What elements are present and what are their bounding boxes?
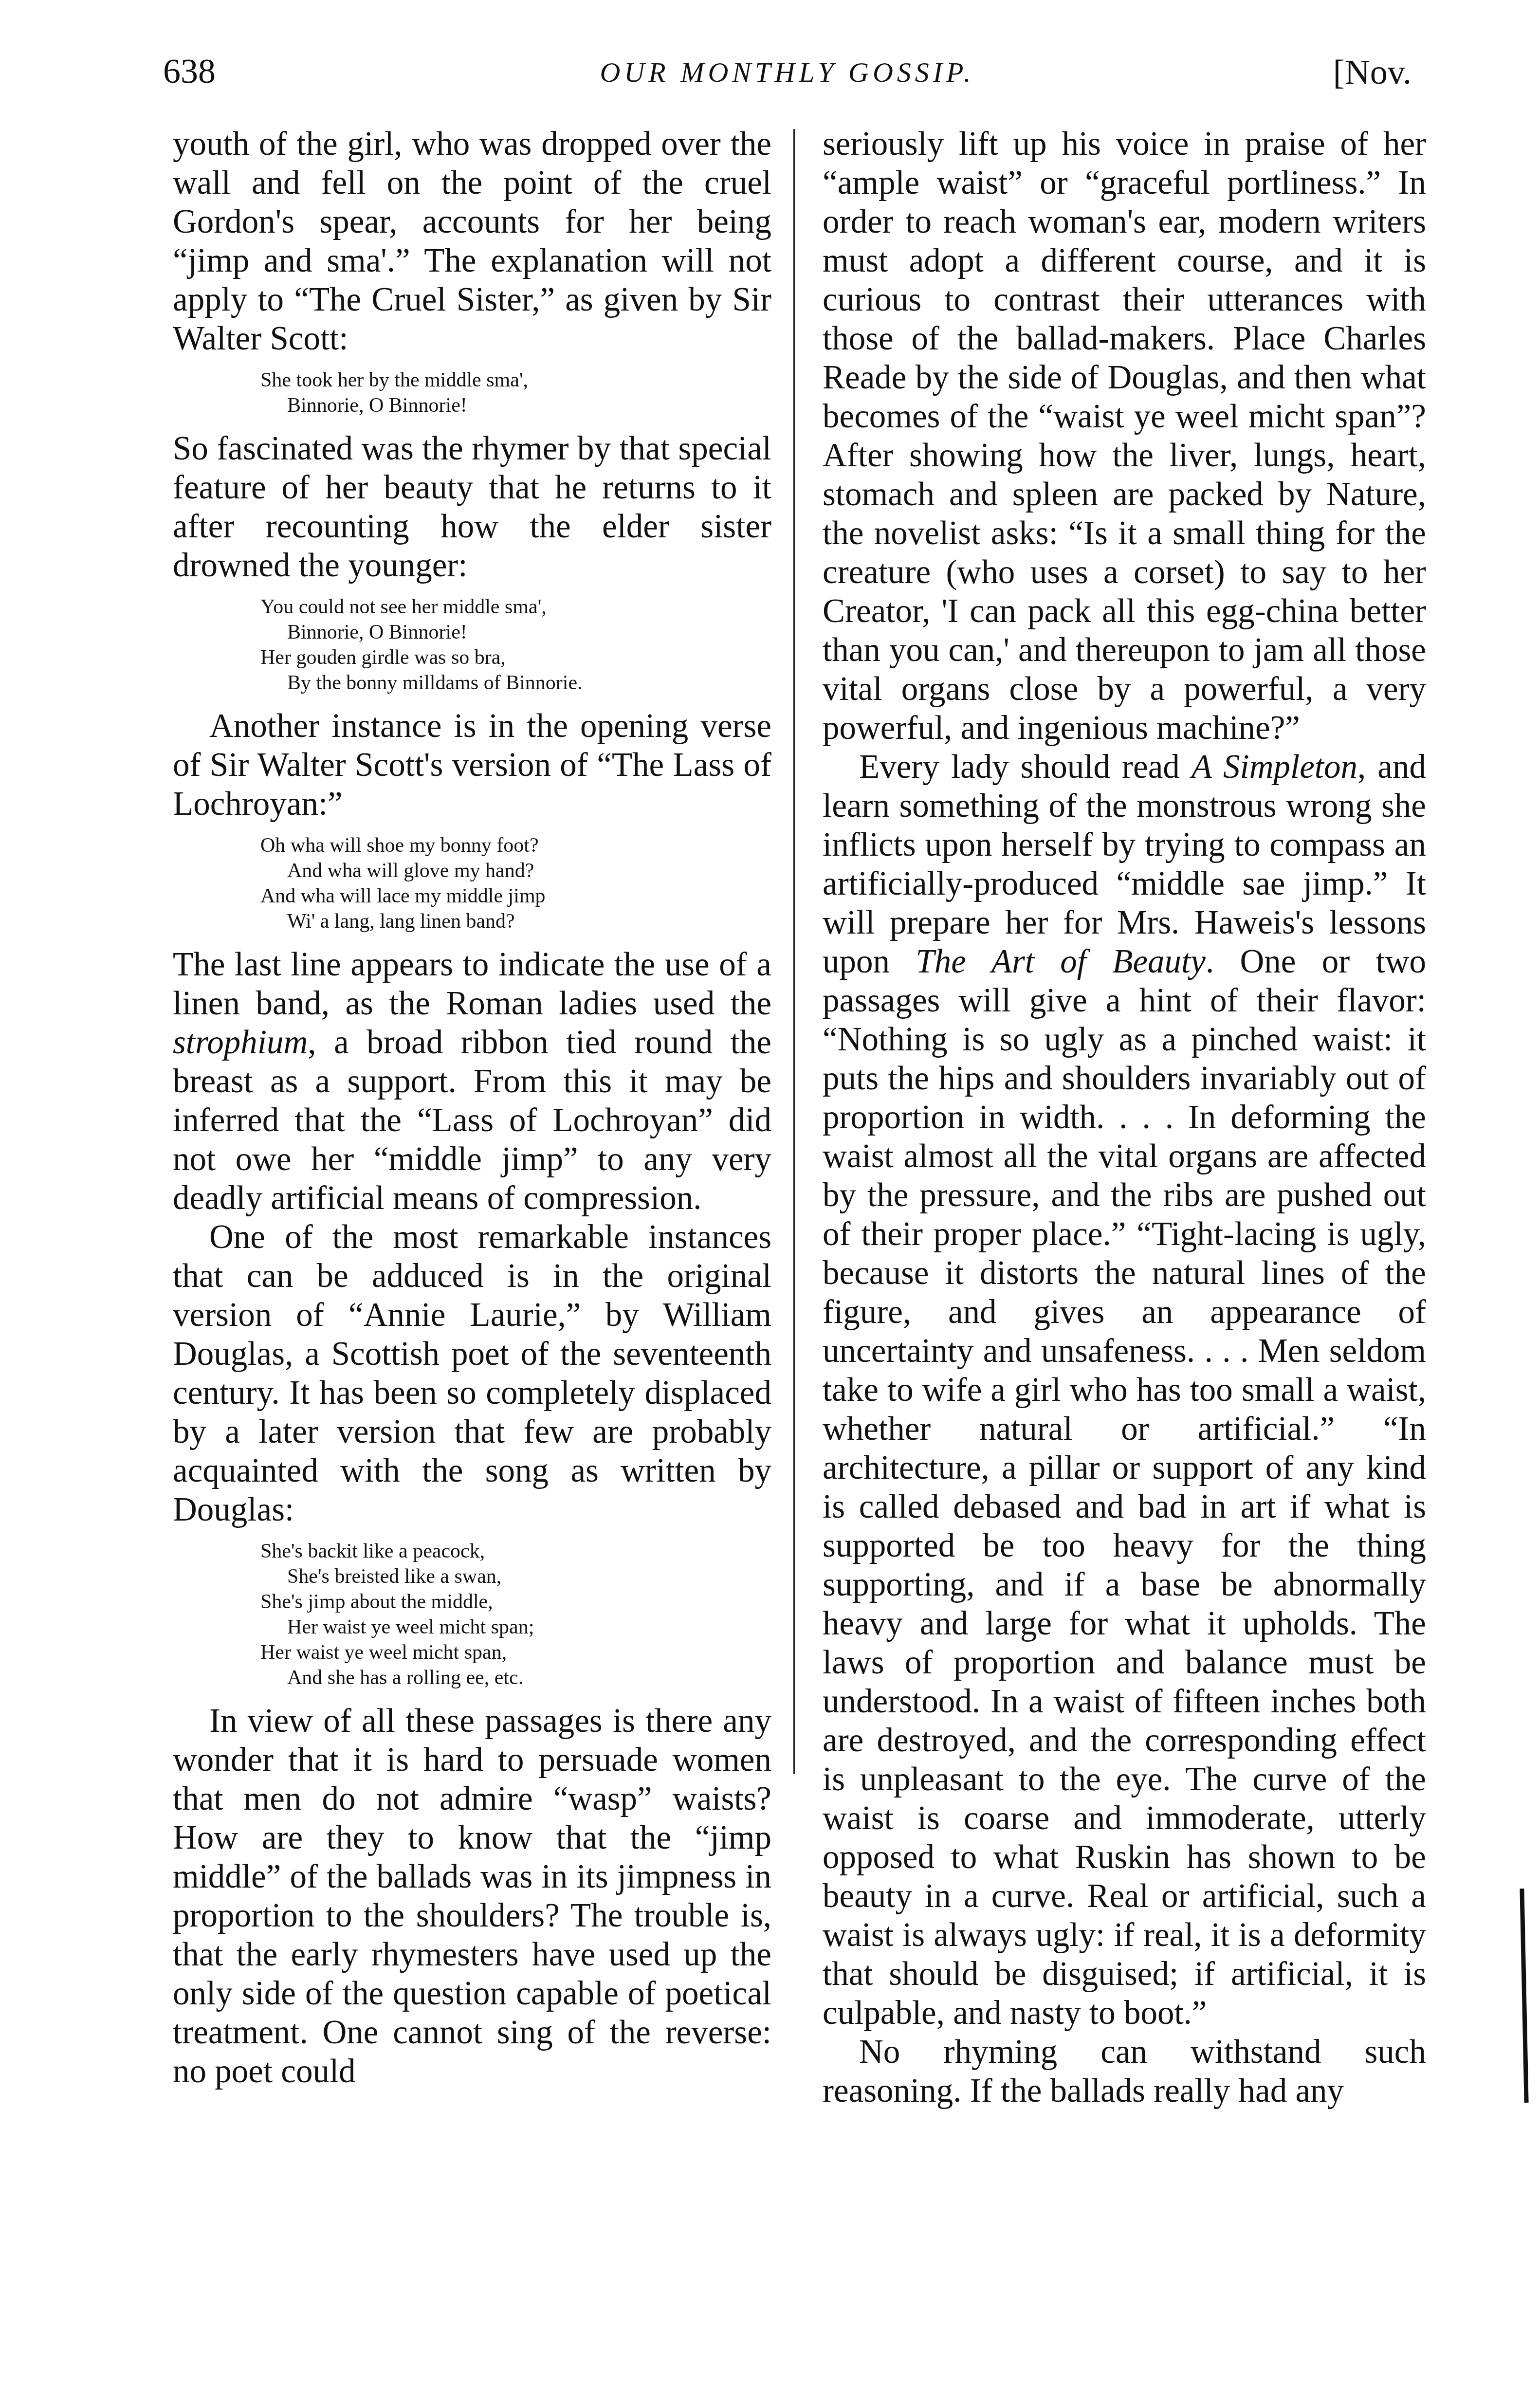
verse-line: Her waist ye weel micht span;: [260, 1614, 771, 1640]
running-title: OUR MONTHLY GOSSIP.: [163, 56, 1412, 89]
verse-lochroyan: Oh wha will shoe my bonny foot? And wha …: [260, 833, 771, 934]
text: The last line appears to indicate the us…: [173, 946, 771, 1022]
column-divider: [793, 129, 795, 1774]
verse-annie-laurie: She's backit like a peacock, She's breis…: [260, 1539, 771, 1690]
paragraph: Another instance is in the opening verse…: [173, 706, 771, 823]
verse-line: Binnorie, O Binnorie!: [260, 620, 771, 645]
verse-line: Her gouden girdle was so bra,: [260, 645, 771, 670]
paragraph: youth of the girl, who was dropped over …: [173, 124, 771, 358]
text: Every lady should read: [859, 748, 1192, 785]
verse-line: Oh wha will shoe my bonny foot?: [260, 833, 771, 858]
month-label: [Nov.: [1333, 52, 1412, 92]
verse-line: She's breisted like a swan,: [260, 1564, 771, 1589]
verse-cruel-sister: She took her by the middle sma', Binnori…: [260, 367, 771, 418]
verse-line: Her waist ye weel micht span,: [260, 1640, 771, 1665]
left-column: youth of the girl, who was dropped over …: [173, 124, 771, 2091]
right-column: seriously lift up his voice in praise of…: [823, 124, 1426, 2110]
running-header: 638 OUR MONTHLY GOSSIP. [Nov.: [163, 46, 1412, 100]
verse-line: And she has a rolling ee, etc.: [260, 1665, 771, 1690]
verse-line: And wha will lace my middle jimp: [260, 883, 771, 909]
paragraph: seriously lift up his voice in praise of…: [823, 124, 1426, 747]
verse-line: She took her by the middle sma',: [260, 367, 771, 393]
scan-edge-mark: [1520, 1889, 1528, 2103]
verse-line: Binnorie, O Binnorie!: [260, 393, 771, 418]
italic-title: The Art of Beauty: [916, 943, 1206, 980]
paragraph: No rhyming can withstand such reasoning.…: [823, 2032, 1426, 2110]
paragraph: So fascinated was the rhymer by that spe…: [173, 429, 771, 585]
paragraph: In view of all these passages is there a…: [173, 1701, 771, 2091]
verse-binnorie: You could not see her middle sma', Binno…: [260, 594, 771, 696]
verse-line: Wi' a lang, lang linen band?: [260, 909, 771, 934]
verse-line: By the bonny milldams of Binnorie.: [260, 670, 771, 696]
paragraph: Every lady should read A Simpleton, and …: [823, 747, 1426, 2032]
paragraph: The last line appears to indicate the us…: [173, 945, 771, 1217]
verse-line: You could not see her middle sma',: [260, 594, 771, 620]
verse-line: She's backit like a peacock,: [260, 1539, 771, 1564]
italic-term: strophium: [173, 1024, 308, 1061]
paragraph: One of the most remarkable instances tha…: [173, 1217, 771, 1529]
verse-line: And wha will glove my hand?: [260, 858, 771, 883]
text: . One or two passages will give a hint o…: [823, 943, 1426, 2031]
italic-title: A Simpleton: [1192, 748, 1357, 785]
verse-line: She's jimp about the middle,: [260, 1589, 771, 1614]
